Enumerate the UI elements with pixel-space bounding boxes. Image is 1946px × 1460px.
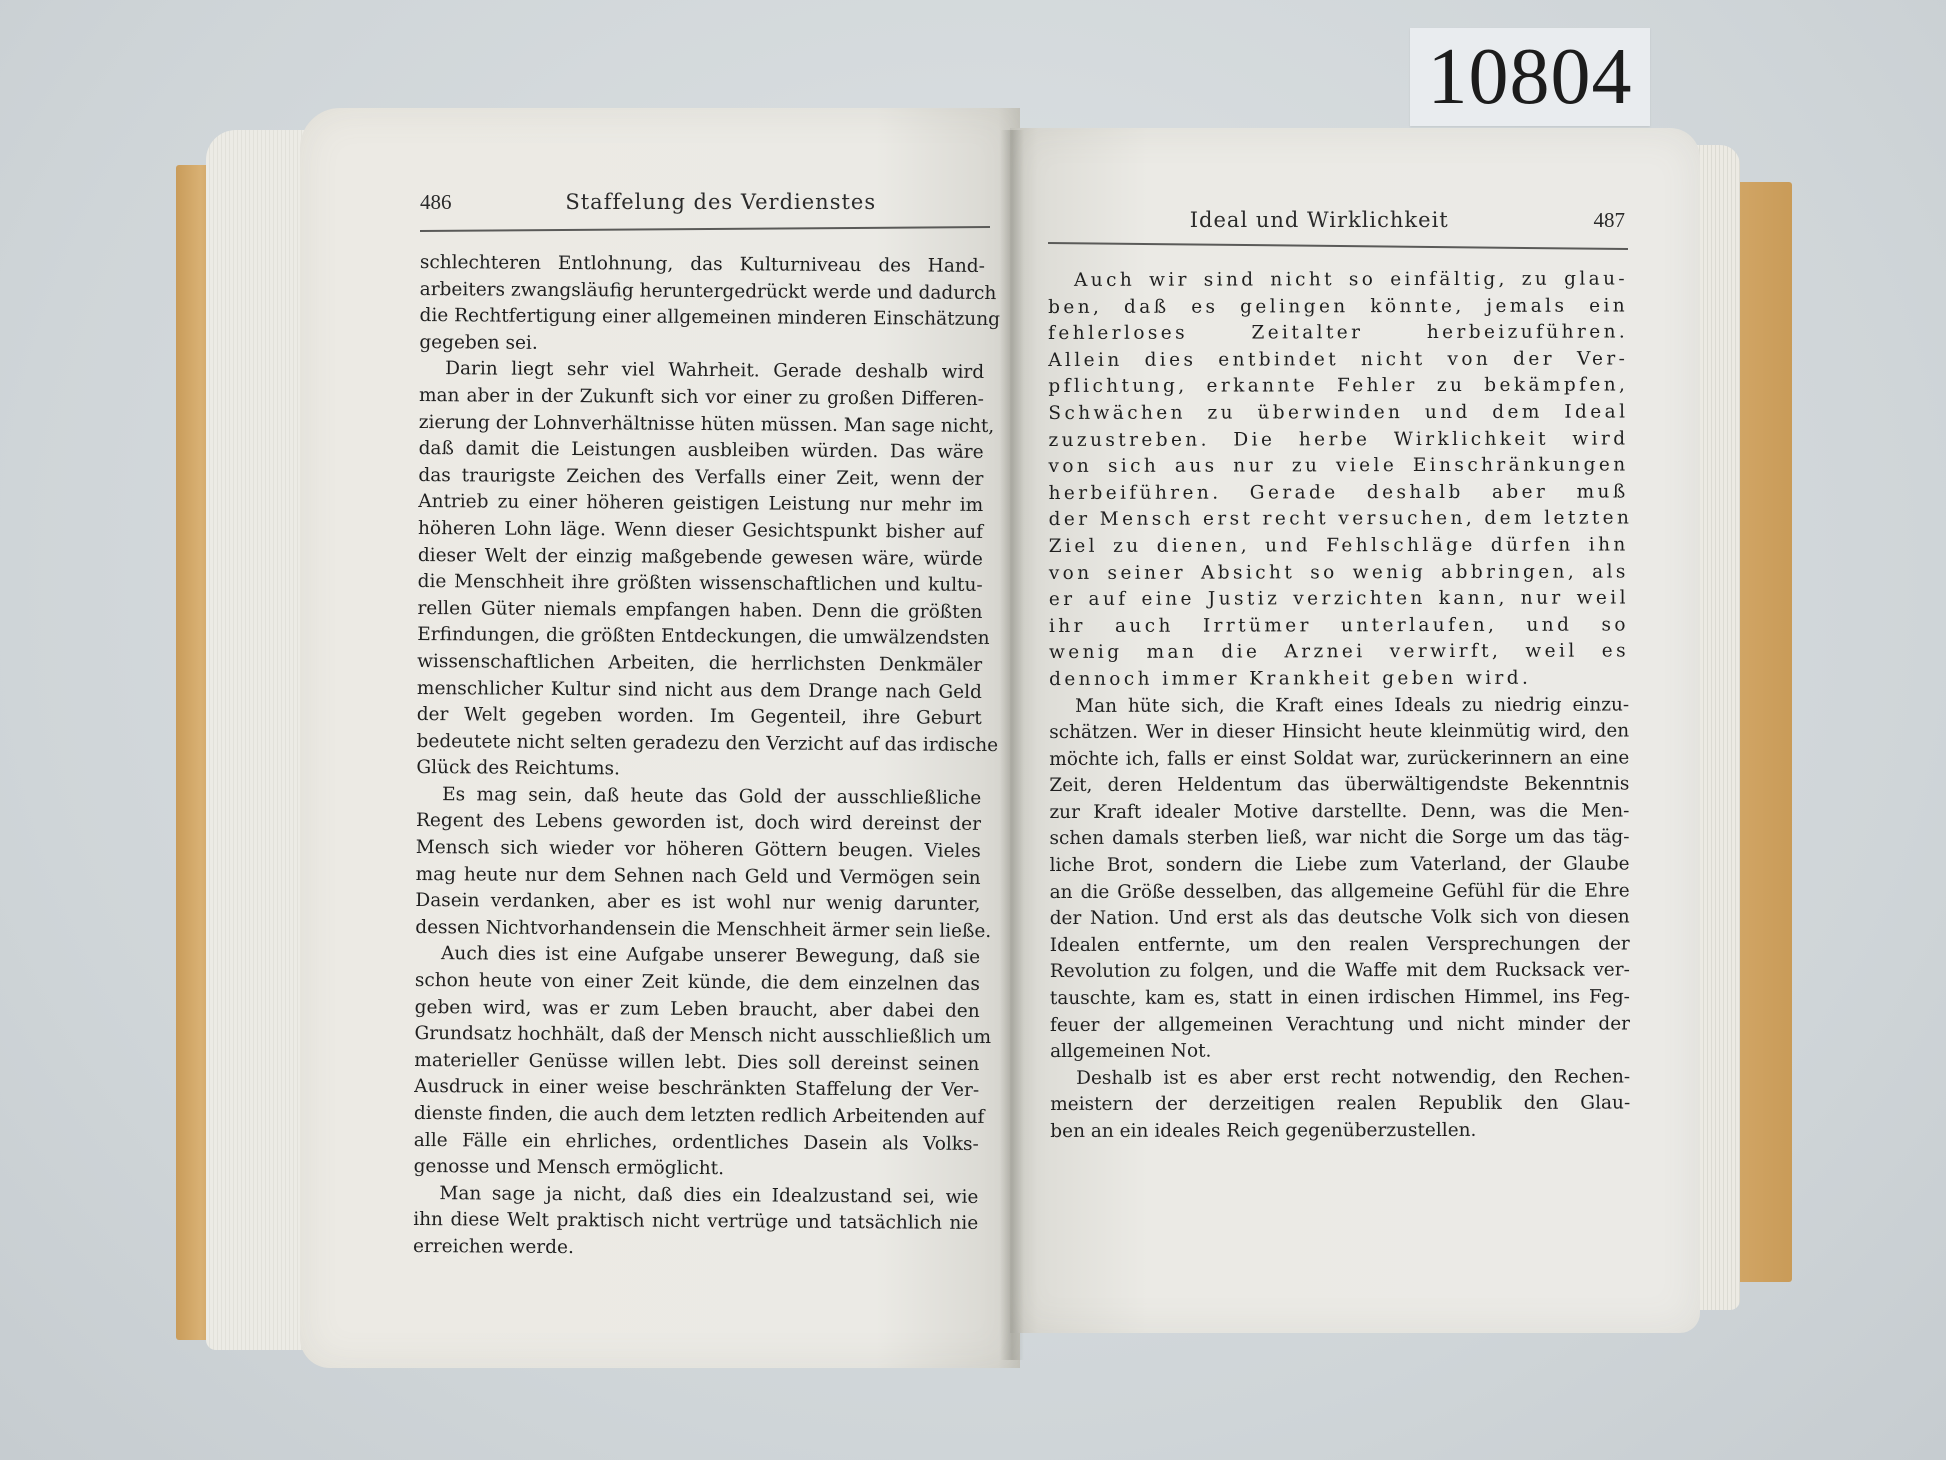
text-line: genosse und Mensch ermöglicht. bbox=[414, 1154, 979, 1185]
text-line: Dasein verdanken, aber es ist wohl nur w… bbox=[415, 888, 980, 919]
left-page-body-text: schlechteren Entlohnung, das Kulturnivea… bbox=[413, 250, 985, 1264]
text-line: dieser Welt der einzig maßgebende gewese… bbox=[418, 543, 983, 574]
text-line: Man sage ja nicht, daß dies ein Idealzus… bbox=[413, 1181, 978, 1212]
text-line: mag heute nur dem Sehnen nach Geld und V… bbox=[416, 862, 981, 893]
text-line: ihr auch Irrtümer unterlaufen, und so bbox=[1049, 612, 1629, 640]
text-line: Ausdruck in einer weise beschränkten Sta… bbox=[414, 1074, 979, 1105]
text-line: zur Kraft idealer Motive darstellte. Den… bbox=[1049, 798, 1629, 826]
text-line: allgemeinen Not. bbox=[1050, 1038, 1630, 1066]
text-line: menschlicher Kultur sind nicht aus dem D… bbox=[417, 675, 982, 706]
text-line: höheren Lohn läge. Wenn dieser Gesichtsp… bbox=[418, 516, 983, 547]
text-line: arbeiters zwangsläufig heruntergedrückt … bbox=[420, 277, 985, 308]
right-page-number: 487 bbox=[1594, 208, 1626, 233]
inventory-number: 10804 bbox=[1428, 32, 1633, 123]
text-line: pflichtung, erkannte Fehler zu bekämpfen… bbox=[1048, 373, 1628, 401]
text-line: schlechteren Entlohnung, das Kulturnivea… bbox=[420, 250, 985, 281]
text-line: ben an ein ideales Reich gegenüberzustel… bbox=[1050, 1117, 1630, 1145]
text-line: Schwächen zu überwinden und dem Ideal bbox=[1048, 399, 1628, 427]
text-line: materieller Genüsse willen lebt. Dies so… bbox=[414, 1048, 979, 1079]
text-line: Allein dies entbindet nicht von der Ver- bbox=[1048, 346, 1628, 374]
right-page-header: Ideal und Wirklichkeit 487 bbox=[1045, 208, 1625, 233]
text-line: von sich aus nur zu viele Einschränkunge… bbox=[1048, 453, 1628, 481]
text-line: der Nation. Und erst als das deutsche Vo… bbox=[1050, 905, 1630, 933]
text-line: Darin liegt sehr viel Wahrheit. Gerade d… bbox=[419, 356, 984, 387]
text-line: feuer der allgemeinen Verachtung und nic… bbox=[1050, 1011, 1630, 1039]
text-line: liche Brot, sondern die Liebe zum Vaterl… bbox=[1050, 852, 1630, 880]
text-line: er auf eine Justiz verzichten kann, nur … bbox=[1049, 586, 1629, 614]
text-line: daß damit die Leistungen ausbleiben würd… bbox=[419, 436, 984, 467]
right-page-body-text: Auch wir sind nicht so einfältig, zu gla… bbox=[1048, 266, 1630, 1145]
text-line: rellen Güter niemals empfangen haben. De… bbox=[417, 596, 982, 627]
text-line: Es mag sein, daß heute das Gold der auss… bbox=[416, 782, 981, 813]
inventory-label: 10804 bbox=[1410, 28, 1650, 126]
text-line: Regent des Lebens geworden ist, doch wir… bbox=[416, 808, 981, 839]
text-line: Antrieb zu einer höheren geistigen Leist… bbox=[418, 489, 983, 520]
text-line: von seiner Absicht so wenig abbringen, a… bbox=[1049, 559, 1629, 587]
text-line: erreichen werde. bbox=[413, 1234, 978, 1265]
right-running-title: Ideal und Wirklichkeit bbox=[1045, 208, 1594, 232]
text-line: die Menschheit ihre größten wissenschaft… bbox=[418, 569, 983, 600]
text-line: man aber in der Zukunft sich vor einer z… bbox=[419, 383, 984, 414]
text-line: Glück des Reichtums. bbox=[416, 755, 981, 786]
text-line: Auch dies ist eine Aufgabe unserer Beweg… bbox=[415, 941, 980, 972]
text-line: zuzustreben. Die herbe Wirklichkeit wird bbox=[1048, 426, 1628, 454]
text-line: der Welt gegeben worden. Im Gegenteil, i… bbox=[417, 702, 982, 733]
text-line: der Mensch erst recht versuchen, dem let… bbox=[1049, 506, 1629, 534]
text-line: bedeutete nicht selten geradezu den Verz… bbox=[416, 729, 981, 760]
text-line: möchte ich, falls er einst Soldat war, z… bbox=[1049, 745, 1629, 773]
text-line: tauschte, kam es, statt in einen irdisch… bbox=[1050, 985, 1630, 1013]
text-line: Erfindungen, die größten Entdeckungen, d… bbox=[417, 622, 982, 653]
text-line: herbeiführen. Gerade deshalb aber muß bbox=[1049, 479, 1629, 507]
text-line: wenig man die Arznei verwirft, weil es bbox=[1049, 639, 1629, 667]
text-line: meistern der derzeitigen realen Republik… bbox=[1050, 1091, 1630, 1119]
text-line: an die Größe desselben, das allgemeine G… bbox=[1050, 878, 1630, 906]
left-page-header: 486 Staffelung des Verdienstes bbox=[420, 190, 990, 215]
text-line: Grundsatz hochhält, daß der Mensch nicht… bbox=[414, 1021, 979, 1052]
text-line: ben, daß es gelingen könnte, jemals ein bbox=[1048, 293, 1628, 321]
text-line: Zeit, deren Heldentum das überwältigends… bbox=[1049, 772, 1629, 800]
text-line: schen damals sterben ließ, war nicht die… bbox=[1049, 825, 1629, 853]
text-line: wissenschaftlichen Arbeiten, die herrlic… bbox=[417, 649, 982, 680]
text-line: gegeben sei. bbox=[419, 330, 984, 361]
left-page-number: 486 bbox=[420, 190, 452, 215]
text-line: alle Fälle ein ehrliches, ordentliches D… bbox=[414, 1128, 979, 1159]
text-line: Ziel zu dienen, und Fehlschläge dürfen i… bbox=[1049, 532, 1629, 560]
text-line: geben wird, was er zum Leben braucht, ab… bbox=[415, 995, 980, 1026]
text-line: fehlerloses Zeitalter herbeizuführen. bbox=[1048, 320, 1628, 348]
text-line: Revolution zu folgen, und die Waffe mit … bbox=[1050, 958, 1630, 986]
text-line: schon heute von einer Zeit künde, die de… bbox=[415, 968, 980, 999]
text-line: Mensch sich wieder vor höheren Göttern b… bbox=[416, 835, 981, 866]
book-gutter bbox=[1000, 130, 1024, 1360]
text-line: zierung der Lohnverhältnisse hüten müsse… bbox=[419, 410, 984, 441]
text-line: dennoch immer Krankheit geben wird. bbox=[1049, 665, 1629, 693]
text-line: Auch wir sind nicht so einfältig, zu gla… bbox=[1048, 266, 1628, 294]
text-line: ihn diese Welt praktisch nicht vertrüge … bbox=[413, 1207, 978, 1238]
text-line: Man hüte sich, die Kraft eines Ideals zu… bbox=[1049, 692, 1629, 720]
text-line: schätzen. Wer in dieser Hinsicht heute k… bbox=[1049, 719, 1629, 747]
text-line: dessen Nichtvorhandensein die Menschheit… bbox=[415, 915, 980, 946]
text-line: Idealen entfernte, um den realen Verspre… bbox=[1050, 931, 1630, 959]
text-line: die Rechtfertigung einer allgemeinen min… bbox=[419, 303, 984, 334]
text-line: Deshalb ist es aber erst recht notwendig… bbox=[1050, 1064, 1630, 1092]
text-line: dienste finden, die auch dem letzten red… bbox=[414, 1101, 979, 1132]
text-line: das traurigste Zeichen des Verfalls eine… bbox=[418, 463, 983, 494]
left-running-title: Staffelung des Verdienstes bbox=[452, 190, 991, 214]
